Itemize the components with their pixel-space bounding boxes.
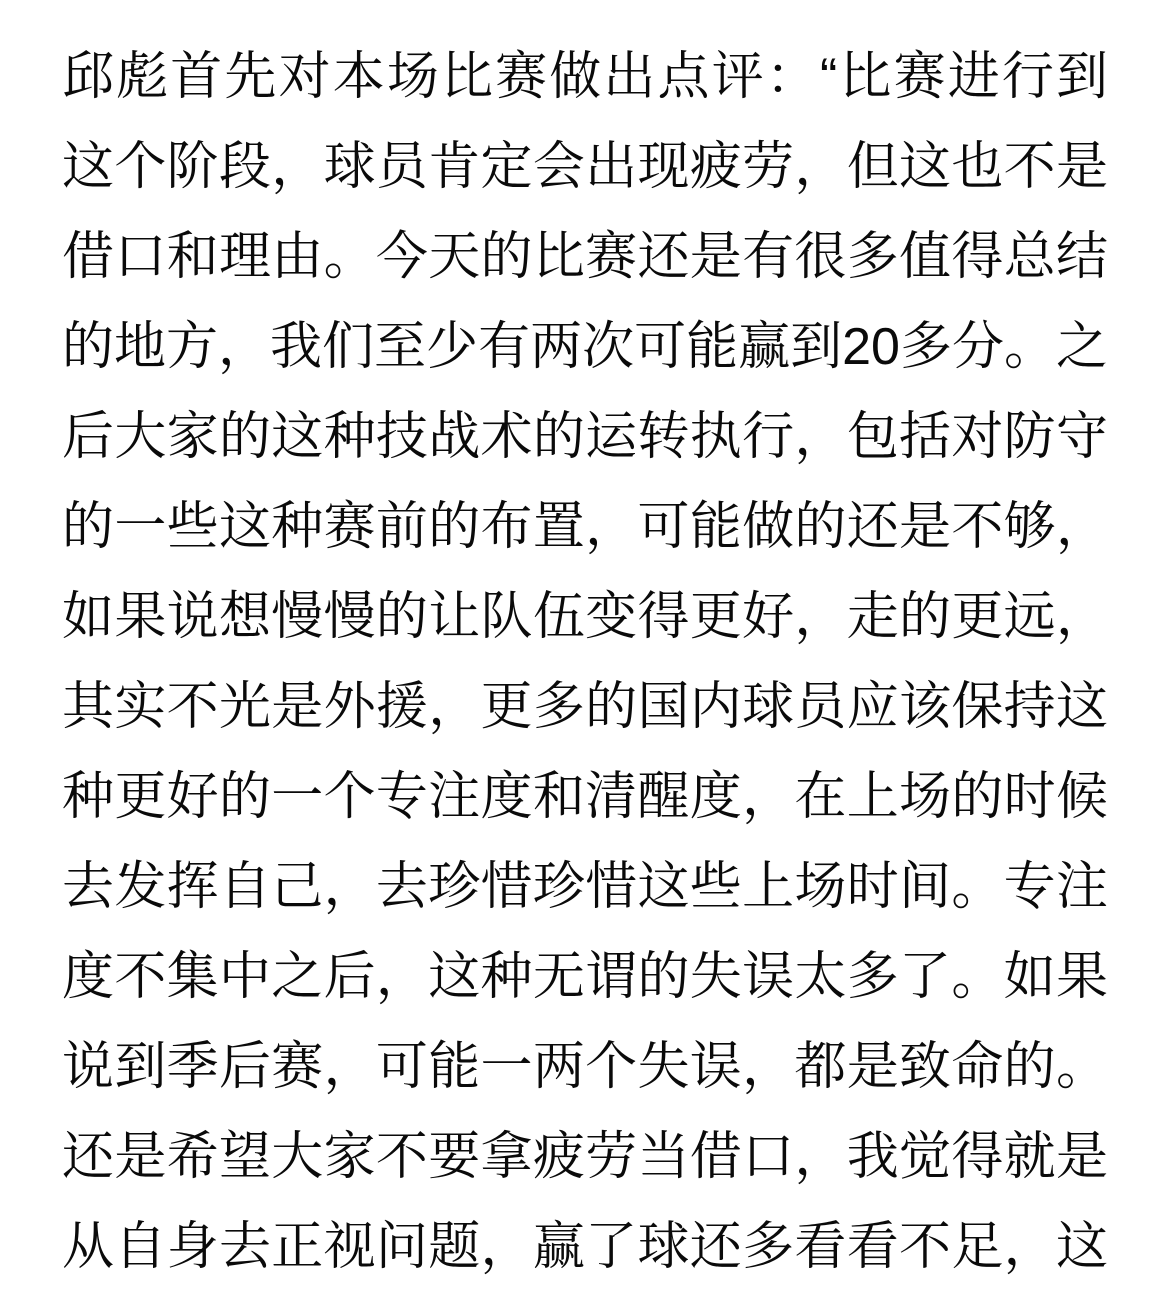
text-line: 后大家的这种技战术的运转执行，包括对防守 xyxy=(62,392,1108,482)
text-line: 说到季后赛，可能一两个失误，都是致命的。 xyxy=(62,1022,1108,1112)
text-line: 这个阶段，球员肯定会出现疲劳，但这也不是 xyxy=(62,122,1108,212)
text-line: 度不集中之后，这种无谓的失误太多了。如果 xyxy=(62,932,1108,1022)
text-line: 如果说想慢慢的让队伍变得更好，走的更远， xyxy=(62,572,1108,662)
text-line: 邱彪首先对本场比赛做出点评：“比赛进行到 xyxy=(62,32,1108,122)
text-line: 还是希望大家不要拿疲劳当借口，我觉得就是 xyxy=(62,1112,1108,1202)
article-text-block: 邱彪首先对本场比赛做出点评：“比赛进行到 这个阶段，球员肯定会出现疲劳，但这也不… xyxy=(0,0,1170,1292)
page: { "page": { "background_color": "#ffffff… xyxy=(0,0,1170,1298)
text-line: 从自身去正视问题，赢了球还多看看不足，这 xyxy=(62,1202,1108,1292)
text-line: 种更好的一个专注度和清醒度，在上场的时候 xyxy=(62,752,1108,842)
text-line: 去发挥自己，去珍惜珍惜这些上场时间。专注 xyxy=(62,842,1108,932)
text-line: 的一些这种赛前的布置，可能做的还是不够， xyxy=(62,482,1108,572)
text-line: 借口和理由。今天的比赛还是有很多值得总结 xyxy=(62,212,1108,302)
text-line: 其实不光是外援，更多的国内球员应该保持这 xyxy=(62,662,1108,752)
text-line: 的地方，我们至少有两次可能赢到20多分。之 xyxy=(62,302,1108,392)
